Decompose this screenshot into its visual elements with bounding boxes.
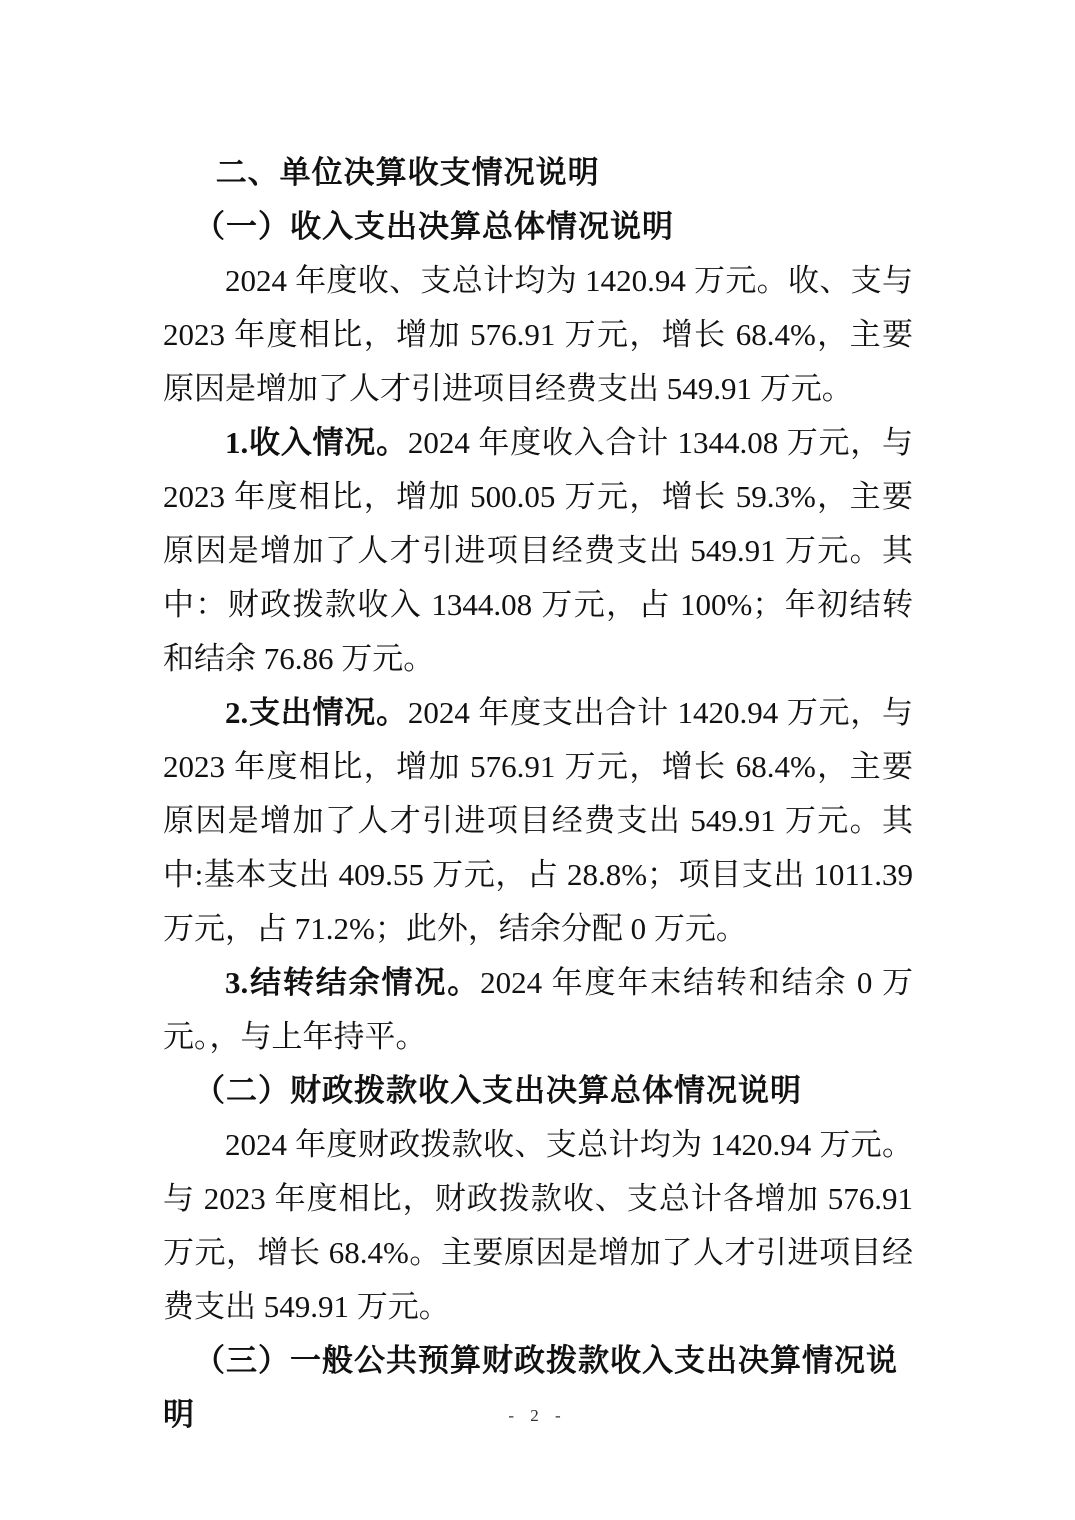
paragraph-income-text: 2024 年度收入合计 1344.08 万元，与 2023 年度相比，增加 50… (163, 425, 913, 676)
paragraph-income-lead: 1.收入情况。 (225, 425, 408, 460)
document-body: 二、单位决算收支情况说明 （一）收入支出决算总体情况说明 2024 年度收、支总… (163, 146, 913, 1442)
paragraph-carryover-lead: 3.结转结余情况。 (225, 965, 480, 1000)
document-page: 二、单位决算收支情况说明 （一）收入支出决算总体情况说明 2024 年度收、支总… (0, 0, 1075, 1520)
subsection-heading-1: （一）收入支出决算总体情况说明 (163, 200, 913, 254)
section-heading-main: 二、单位决算收支情况说明 (163, 146, 913, 200)
paragraph-carryover: 3.结转结余情况。2024 年度年末结转和结余 0 万元。，与上年持平。 (163, 956, 913, 1064)
page-number: - 2 - (508, 1406, 566, 1425)
paragraph-income: 1.收入情况。2024 年度收入合计 1344.08 万元，与 2023 年度相… (163, 416, 913, 686)
paragraph-overview: 2024 年度收、支总计均为 1420.94 万元。收、支与 2023 年度相比… (163, 254, 913, 416)
paragraph-expense: 2.支出情况。2024 年度支出合计 1420.94 万元，与 2023 年度相… (163, 686, 913, 956)
paragraph-fiscal-appropriation: 2024 年度财政拨款收、支总计均为 1420.94 万元。与 2023 年度相… (163, 1118, 913, 1334)
page-footer: - 2 - (0, 1404, 1075, 1428)
paragraph-expense-text: 2024 年度支出合计 1420.94 万元，与 2023 年度相比，增加 57… (163, 695, 913, 946)
paragraph-expense-lead: 2.支出情况。 (225, 695, 408, 730)
subsection-heading-2: （二）财政拨款收入支出决算总体情况说明 (163, 1064, 913, 1118)
